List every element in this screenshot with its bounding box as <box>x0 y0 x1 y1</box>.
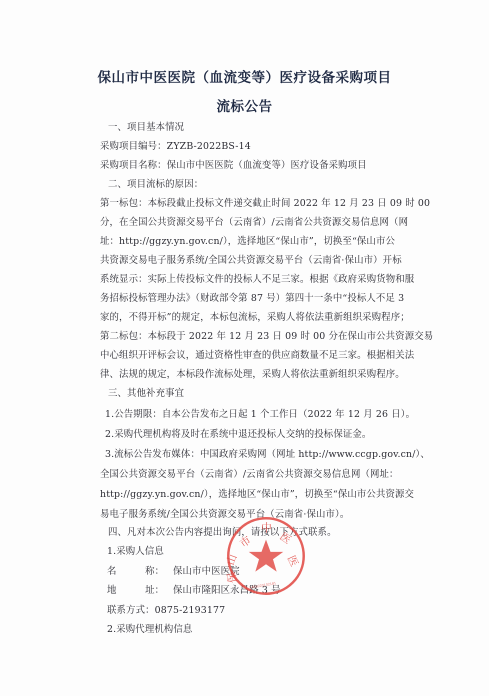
reason-line: 分，在全国公共资源交易平台（云南省）/云南省公共资源交易信息网（网 <box>100 217 408 229</box>
buyer-name-label: 名 称： <box>107 566 164 578</box>
document-title: 保山市中医医院（血流变等）医疗设备采购项目 <box>0 66 489 86</box>
project-name: 采购项目名称：保山市中医医院（血流变等）医疗设备采购项目 <box>100 160 367 172</box>
buyer-contact: 联系方式：0875-2193177 <box>107 605 225 617</box>
svg-text:山: 山 <box>225 552 240 566</box>
section-2-heading: 二、项目流标的原因： <box>108 179 203 191</box>
svg-text:医: 医 <box>285 553 301 568</box>
reason-line: 家的，不得开标”的规定，本标包流标，采购人将依法重新组织采购程序； <box>100 312 410 324</box>
section-1-heading: 一、项目基本情况 <box>108 122 184 134</box>
section-4-heading: 四、凡对本次公告内容提出询问，请按以下方式联系。 <box>108 527 337 539</box>
document-subtitle: 流标公告 <box>0 95 489 115</box>
supplement-line: 易电子服务系统/全国公共资源交易平台（云南省·保山市）。 <box>100 509 349 521</box>
buyer-name-value: 保山市中医医院 <box>173 566 240 578</box>
buyer-info-heading: 1.采购人信息 <box>107 546 164 558</box>
supplement-line: 全国公共资源交易平台（云南省）/云南省公共资源交易信息网（网址： <box>100 469 399 481</box>
reason-line: 第一标包：本标段截止投标文件递交截止时间 2022 年 12 月 23 日 09… <box>100 198 430 210</box>
reason-line: 共资源交易电子服务系统/全国公共资源交易平台（云南省·保山市）开标 <box>100 255 402 267</box>
reason-line: 系统显示：实际上传投标文件的投标人不足三家。根据《政府采购货物和服 <box>100 274 414 286</box>
section-3-heading: 三、其他补充事宜 <box>108 388 184 400</box>
supplement-line: http://ggzy.yn.gov.cn/），选择地区“保山市”，切换至“保山… <box>100 489 414 501</box>
buyer-address-label: 地 址： <box>107 585 164 597</box>
supplement-line: 1.公告期限：自本公告发布之日起 1 个工作日（2022 年 12 月 26 日… <box>105 409 415 421</box>
project-number: 采购项目编号：ZYZB-2022BS-14 <box>100 141 251 153</box>
agent-info-heading: 2.采购代理机构信息 <box>107 624 192 636</box>
supplement-line: 3.流标公告发布媒体：中国政府采购网（网址 http://www.ccgp.go… <box>105 449 430 461</box>
document-page: 保山市中医医院（血流变等）医疗设备采购项目 流标公告 一、项目基本情况 采购项目… <box>0 0 489 696</box>
reason-line: 务招标投标管理办法》（财政部令第 87 号）第四十一条中“投标人不足 3 <box>100 293 404 305</box>
buyer-address-value: 保山市隆阳区永昌路 3 号 <box>173 585 281 597</box>
reason-line: 中心组织开评标会议，通过资格性审查的供应商数量不足三家。根据相关法 <box>100 350 414 362</box>
reason-line: 律、法规的规定，本标段作流标处理，采购人将依法重新组织采购程序。 <box>100 369 405 381</box>
reason-line: 址：http://ggzy.yn.gov.cn/），选择地区“保山市”，切换至“… <box>100 236 395 248</box>
reason-line: 第二标包：本标段于 2022 年 12 月 23 日 09 时 00 分在保山市… <box>100 331 433 343</box>
supplement-line: 2.采购代理机构将及时在系统中退还投标人交纳的投标保证金。 <box>105 429 371 441</box>
